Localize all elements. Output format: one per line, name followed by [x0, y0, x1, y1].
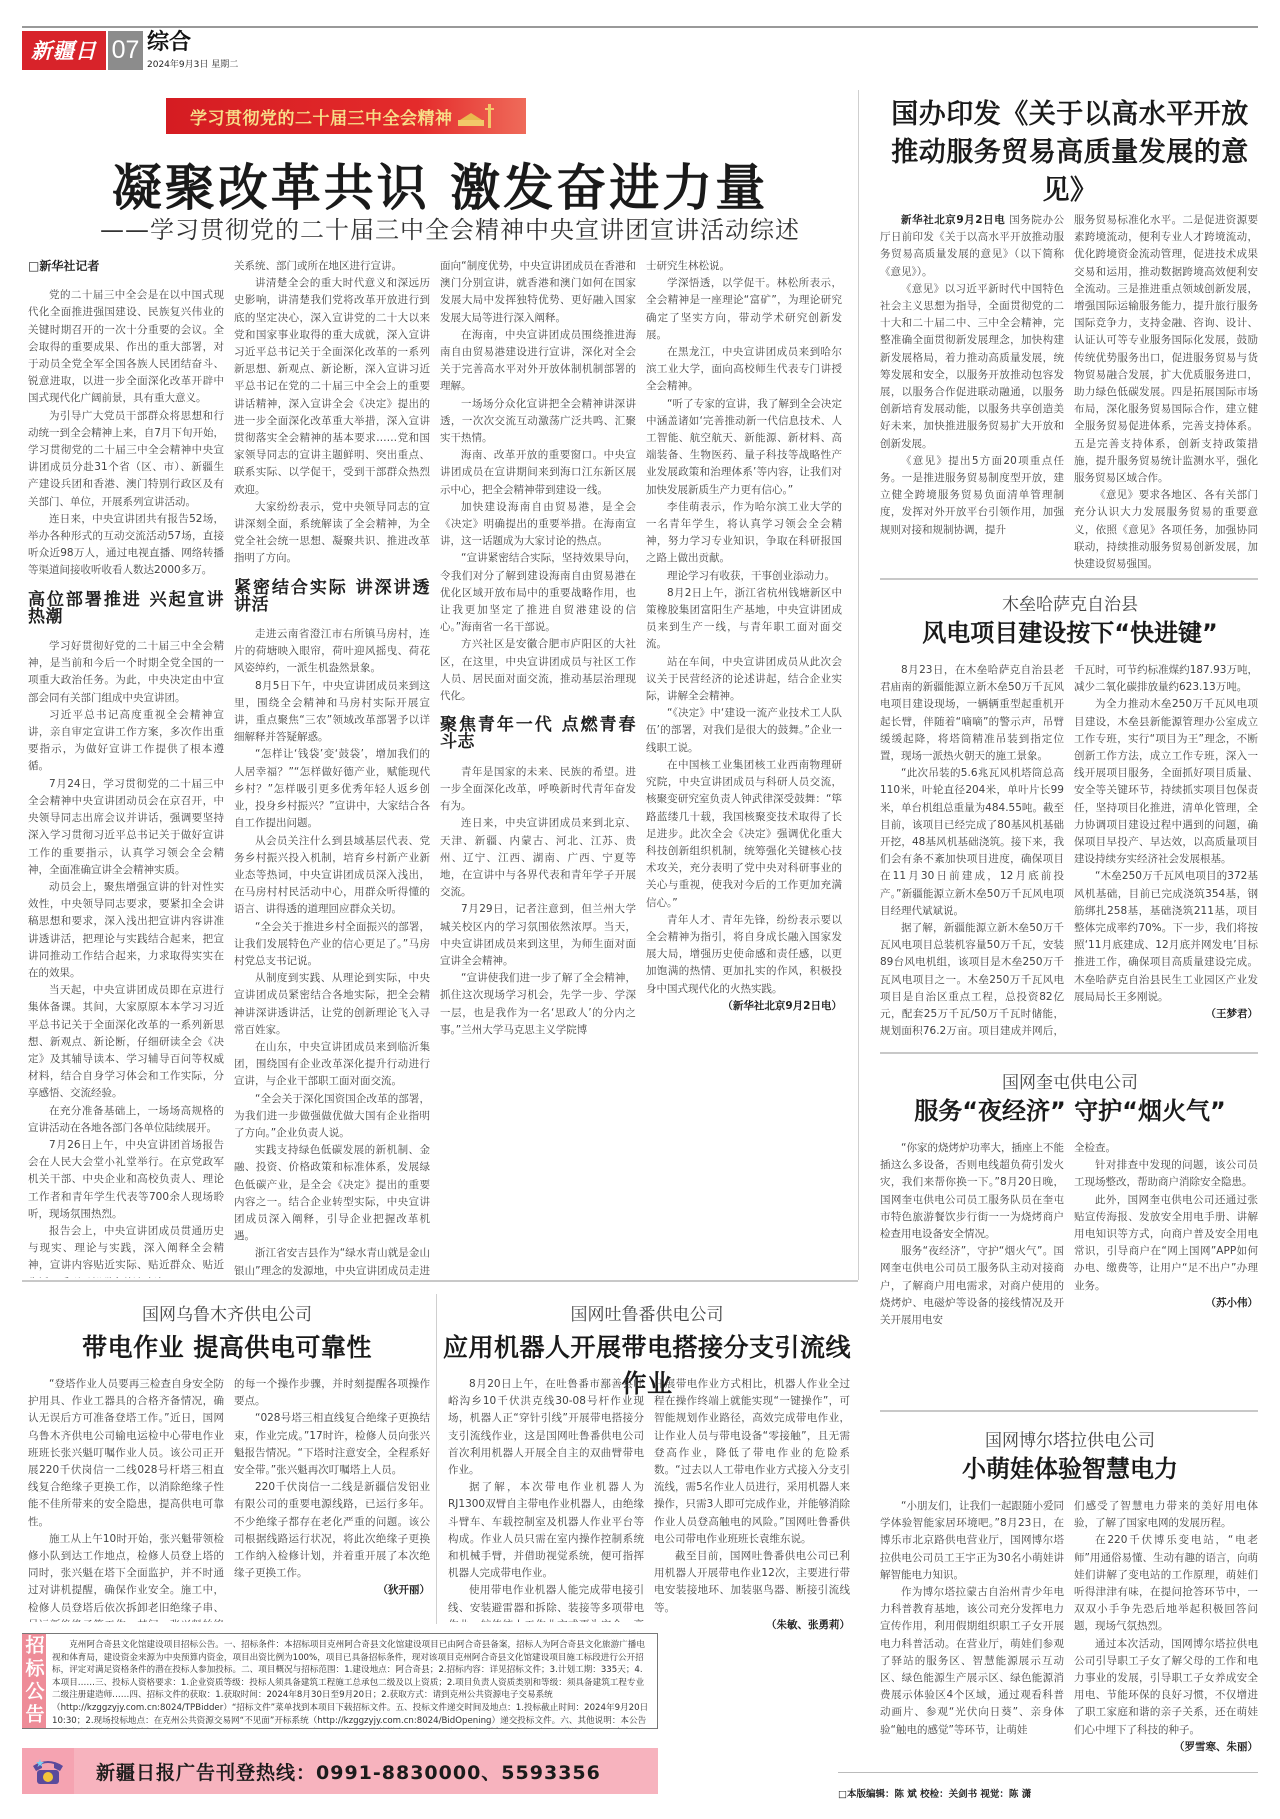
- paragraph: 方兴社区是安徽合肥市庐阳区的大社区，在这里，中央宣讲团成员与社区工作人员、居民面…: [440, 636, 636, 705]
- services-column-2: 服务贸易标准化水平。二是促进资源要素跨境流动，便利专业人才跨境流动，优化跨境资金…: [1074, 212, 1258, 572]
- paragraph: 大家纷纷表示，党中央领导同志的宣讲深刻全面，系统解读了全会精神，为全党全社会统一…: [234, 499, 430, 568]
- paragraph: 开展带电作业方式相比，机器人作业全过程在操作终端上就能实现“一键操作”，可智能规…: [654, 1376, 850, 1548]
- kicker: 木垒哈萨克自治县: [880, 594, 1260, 616]
- paragraph: 浙江省安吉县作为“绿水青山就是金山银山”理念的发源地，中央宣讲团成员走进余村，与…: [234, 1245, 430, 1278]
- paragraph: 8月5日下午，中央宣讲团成员来到这里，围绕全会精神和马房村实际开展宣讲，重点聚焦…: [234, 678, 430, 747]
- paragraph: 士研究生林松说。: [646, 258, 842, 275]
- ad-hotline-bar: 新疆日报广告刊登热线：0991-8830000、5593356: [22, 1748, 658, 1794]
- paragraph: 据了解，本次带电作业机器人为RJ1300双臂自主带电作业机器人，由绝缘斗臂车、车…: [448, 1479, 644, 1582]
- paragraph: 7月29日，记者注意到，但兰州大学城关校区内的学习氛围依然浓厚。当天，中央宣讲团…: [440, 901, 636, 970]
- paragraph: 海南、改革开放的重要窗口。中央宣讲团成员在宣讲期间来到海口江东新区展示中心，把全…: [440, 447, 636, 499]
- paragraph: 当天起，中央宣讲团成员即在京进行集体备课。其间，大家原原本本学习习近平总书记关于…: [28, 982, 224, 1102]
- paragraph: 在黑龙江，中央宣讲团成员来到哈尔滨工业大学，面向高校师生代表专门讲授全会精神。: [646, 344, 842, 396]
- paragraph: 8月23日，在木垒哈萨克自治县老君庙南的新疆能源立新木垒50万千瓦风电项目建设现…: [880, 662, 1064, 765]
- section-divider: [880, 1410, 1258, 1412]
- paragraph: “怎样让‘钱袋’变‘鼓袋’，增加我们的人居幸福？”“怎样做好德产业，赋能现代乡村…: [234, 746, 430, 832]
- paragraph: 施工从上午10时开始，张兴魁带领检修小队到达工作地点，检修人员登上塔的同时，张兴…: [28, 1531, 224, 1622]
- paragraph: 截至目前，国网吐鲁番供电公司已利用机器人开展带电作业12次，主要进行带电安装接地…: [654, 1548, 850, 1617]
- wind-column-1: 8月23日，在木垒哈萨克自治县老君庙南的新疆能源立新木垒50万千瓦风电项目建设现…: [880, 662, 1064, 1042]
- lead-column-2: 关系统、部门或所在地区进行宣讲。 讲清楚全会的重大时代意义和深远历史影响，讲清楚…: [234, 258, 430, 1278]
- paragraph: “宣讲使我们进一步了解了全会精神，抓住这次现场学习机会，先学一步、学深一层，也是…: [440, 970, 636, 1039]
- kids-column-2: 们感受了智慧电力带来的美好用电体验，了解了国家电网的发展历程。 在220千伏博乐…: [1074, 1498, 1258, 1763]
- footer-rule: [838, 1772, 1258, 1773]
- kicker: 国网奎屯供电公司: [880, 1072, 1260, 1094]
- lead-column-1: □新华社记者 党的二十届三中全会是在以中国式现代化全面推进强国建设、民族复兴伟业…: [28, 258, 224, 1278]
- editor-credits: □本版编辑：陈 斌 校检：关剑书 视觉：陈 潇: [838, 1786, 1031, 1800]
- dateline: 新华社北京9月2日电: [901, 214, 1005, 226]
- night-column-2: 全检查。 针对排查中发现的问题，该公司员工现场整改，帮助商户消除安全隐患。 此外…: [1074, 1140, 1258, 1390]
- paragraph: 连日来，中央宣讲团共有报告52场，举办各种形式的互动交流活动57场，直接听众近9…: [28, 511, 224, 580]
- paragraph: 7月26日上午，中央宣讲团首场报告会在人民大会堂小礼堂举行。在京党政军机关干部、…: [28, 1137, 224, 1223]
- paragraph: 走进云南省澄江市右所镇马房村，连片的荷塘映入眼帘，荷叶迎风摇曳、荷花风姿绰约，一…: [234, 626, 430, 678]
- paragraph: 《意见》提出5方面20项重点任务。一是推进服务贸易制度型开放，建立健全跨境服务贸…: [880, 453, 1064, 539]
- paragraph: 7月24日，学习贯彻党的二十届三中全会精神中央宣讲团动员会在京召开，中央领导同志…: [28, 776, 224, 879]
- headline: 服务“夜经济” 守护“烟火气”: [880, 1094, 1260, 1128]
- paragraph: 在中国核工业集团核工业西南物理研究院，中央宣讲团成员与科研人员交流，核聚变研究室…: [646, 757, 842, 912]
- services-column-1: 新华社北京9月2日电 国务院办公厅日前印发《关于以高水平开放推动服务贸易高质量发…: [880, 212, 1064, 572]
- paragraph: 作为博尔塔拉蒙古自治州青少年电力科普教育基地，该公司充分发挥电力宣传作用，利用假…: [880, 1584, 1064, 1739]
- lead-column-4: 士研究生林松说。 学深悟透，以学促干。林松所表示，全会精神是一座理论“富矿”，为…: [646, 258, 842, 1278]
- wind-column-2: 千瓦时，可节约标准煤约187.93万吨，减少二氧化碳排放量约623.13万吨。 …: [1074, 662, 1258, 1042]
- credit: （罗雪寒、朱丽）: [1074, 1739, 1258, 1756]
- paragraph: 报告会上，中央宣讲团成员贯通历史与现实、理论与实践，深入阐释全会精神，宣讲内容贴…: [28, 1223, 224, 1278]
- paragraph: “登塔作业人员要再三检查自身安全防护用具、作业工器具的合格齐备情况，确认无误后方…: [28, 1376, 224, 1531]
- ad-hotline-text: 新疆日报广告刊登热线：0991-8830000、5593356: [96, 1758, 601, 1785]
- turpan-kicker: 国网吐鲁番供电公司: [442, 1300, 852, 1325]
- kicker: 国网博尔塔拉供电公司: [880, 1430, 1260, 1452]
- paragraph: “木垒250万千瓦风电项目的372基风机基础，目前已完成浇筑354基，钢筋绑扎2…: [1074, 868, 1258, 1006]
- section-block: 综合 2024年9月3日 星期二: [147, 31, 238, 70]
- paragraph: 使用带电作业机器人能完成带电接引线、安装避雷器和拆除、装接等多项带电作业，较传统…: [448, 1582, 644, 1622]
- paragraph: 服务“夜经济”，守护“烟火气”。国网奎屯供电公司员工服务队主动对接商户，了解商户…: [880, 1243, 1064, 1329]
- paragraph: 一场场分众化宣讲把全会精神讲深讲透，一次次交流互动激荡广泛共鸣、汇聚实干热情。: [440, 396, 636, 448]
- paragraph: 全检查。: [1074, 1140, 1258, 1157]
- masthead: 新疆日报 07 综合 2024年9月3日 星期二: [22, 31, 238, 71]
- paragraph: 习近平总书记高度重视全会精神宣讲，亲自审定宣讲工作方案，多次作出重要指示，为做好…: [28, 707, 224, 776]
- paragraph: 关系统、部门或所在地区进行宣讲。: [234, 258, 430, 275]
- subheading: 聚焦青年一代 点燃青春斗志: [440, 717, 636, 751]
- paragraph: 为全力推动木垒250万千瓦风电项目建设，木垒县新能源管理办公室成立工作专班，实行…: [1074, 696, 1258, 868]
- top-rule: [22, 26, 1258, 28]
- paragraph: “你家的烧烤炉功率大，插座上不能插这么多设备，否则电线超负荷引发火灾，我们来帮你…: [880, 1140, 1064, 1243]
- turpan-column-1: 8月20日上午，在吐鲁番市鄯善县吐峪沟乡10千伏洪克线30-08号杆作业现场，机…: [448, 1376, 644, 1622]
- paragraph: 8月20日上午，在吐鲁番市鄯善县吐峪沟乡10千伏洪克线30-08号杆作业现场，机…: [448, 1376, 644, 1479]
- paragraph: 在充分准备基础上，一场场高规格的宣讲活动在各地各部门各单位陆续展开。: [28, 1103, 224, 1137]
- section-divider: [880, 578, 1258, 580]
- night-column-1: “你家的烧烤炉功率大，插座上不能插这么多设备，否则电线超负荷引发火灾，我们来帮你…: [880, 1140, 1064, 1390]
- paragraph: 党的二十届三中全会是在以中国式现代化全面推进强国建设、民族复兴伟业的关键时期召开…: [28, 287, 224, 407]
- credit: （新华社北京9月2日电）: [646, 998, 842, 1015]
- paragraph: 此外，国网奎屯供电公司还通过张贴宣传海报、发放安全用电手册、讲解用电知识等方式，…: [1074, 1192, 1258, 1295]
- paragraph: 理论学习有收获，干事创业添动力。: [646, 568, 842, 585]
- urumqi-column-1: “登塔作业人员要再三检查自身安全防护用具、作业工器具的合格齐备情况，确认无误后方…: [28, 1376, 224, 1622]
- headline-line: 国办印发《关于以高水平开放: [880, 96, 1260, 134]
- headline: 风电项目建设按下“快进键”: [880, 616, 1260, 650]
- paragraph: 加快建设海南自由贸易港，是全会《决定》明确提出的重要举措。在海南宣讲，这一话题成…: [440, 499, 636, 551]
- paragraph: 李佳萌表示，作为哈尔滨工业大学的一名青年学生，将认真学习领会全会精神，努力学习专…: [646, 499, 842, 568]
- paragraph: “全会关于深化国资国企改革的部署，为我们进一步做强做优做大国有企业指明了方向。”…: [234, 1091, 430, 1143]
- paragraph: 《意见》要求各地区、各有关部门充分认识大力发展服务贸易的重要意义，依照《意见》各…: [1074, 487, 1258, 572]
- paragraph: “听了专家的宣讲，我了解到全会决定中涵盖诸如‘完善推动新一代信息技术、人工智能、…: [646, 396, 842, 499]
- urumqi-column-2: 的每一个操作步骤，并时刻提醒各项操作要点。 “028号塔三相直线复合绝缘子更换结…: [234, 1376, 430, 1622]
- issue-date: 2024年9月3日 星期二: [147, 57, 238, 70]
- paragraph: 的每一个操作步骤，并时刻提醒各项操作要点。: [234, 1376, 430, 1410]
- paragraph: 《意见》以习近平新时代中国特色社会主义思想为指导，全面贯彻党的二十大和二十届二中…: [880, 281, 1064, 453]
- headline: 小萌娃体验智慧电力: [880, 1452, 1260, 1486]
- paragraph: 们感受了智慧电力带来的美好用电体验，了解了国家电网的发展历程。: [1074, 1498, 1258, 1532]
- paragraph: “宣讲紧密结合实际，坚持效果导向，令我们对分了解到建设海南自由贸易港在优化区域开…: [440, 550, 636, 636]
- paragraph: 在山东，中央宣讲团成员来到临沂集团，围绕国有企业改革深化提升行动进行宣讲，与企业…: [234, 1039, 430, 1091]
- paragraph: 8月2日上午，浙江省杭州钱塘新区中策橡胶集团富阳生产基地，中央宣讲团成员来到生产…: [646, 585, 842, 654]
- paragraph: 实践支持绿色低碳发展的新机制、金融、投资、价格政策和标准体系，发展绿色低碳产业，…: [234, 1142, 430, 1245]
- paragraph: “此次吊装的5.6兆瓦风机塔筒总高110米，叶轮直径204米，单叶片长99米，单…: [880, 765, 1064, 920]
- credit: （王梦君）: [1074, 1006, 1258, 1023]
- services-headline: 国办印发《关于以高水平开放 推动服务贸易高质量发展的意见》: [880, 96, 1260, 210]
- subheading: 高位部署推进 兴起宣讲热潮: [28, 592, 224, 626]
- topic-banner: 学习贯彻党的二十届三中全会精神: [166, 98, 526, 134]
- lead-column-3: 面向“制度优势，中央宣讲团成员在香港和澳门分别宣讲，就香港和澳门如何在国家发展大…: [440, 258, 636, 1278]
- lead-subheadline: ——学习贯彻党的二十届三中全会精神中央宣讲团宣讲活动综述: [40, 210, 860, 245]
- section-name: 综合: [147, 31, 238, 55]
- headline-line: 推动服务贸易高质量发展的意见》: [880, 134, 1260, 210]
- banner-text: 学习贯彻党的二十届三中全会精神: [190, 104, 453, 129]
- paragraph: 动员会上，聚焦增强宣讲的针对性实效性，中央领导同志要求，要紧扣全会讲稿思想和要求…: [28, 879, 224, 982]
- credit: （苏小伟）: [1074, 1295, 1258, 1312]
- section-divider: [880, 1052, 1258, 1054]
- urumqi-kicker: 国网乌鲁木齐供电公司: [22, 1300, 432, 1325]
- page-number: 07: [108, 31, 143, 70]
- paragraph: 据了解，新疆能源立新木垒50万千瓦风电项目总装机容量50万千瓦，安装89台风电机…: [880, 920, 1064, 1042]
- paragraph: 站在车间，中央宣讲团成员从此次会议关于民营经济的论述讲起，结合企业实际，讲解全会…: [646, 654, 842, 706]
- paragraph: 220千伏岗信一二线是新疆信发铝业有限公司的重要电源线路，已运行多年。不少绝缘子…: [234, 1479, 430, 1582]
- byline: □新华社记者: [28, 258, 224, 275]
- paragraph: 青年是国家的未来、民族的希望。进一步全面深化改革，呼唤新时代青年奋发有为。: [440, 764, 636, 816]
- paragraph: 在海南，中央宣讲团成员围绕推进海南自由贸易港建设进行宣讲，深化对全会关于完善高水…: [440, 327, 636, 396]
- turpan-column-2: 开展带电作业方式相比，机器人作业全过程在操作终端上就能实现“一键操作”，可智能规…: [654, 1376, 850, 1696]
- night-economy-headline: 国网奎屯供电公司 服务“夜经济” 守护“烟火气”: [880, 1072, 1260, 1128]
- notice-label: 招标公告: [22, 1634, 46, 1728]
- newspaper-logo: 新疆日报: [22, 31, 106, 70]
- paragraph: 讲清楚全会的重大时代意义和深远历史影响，讲清楚我们党将改革开放进行到底的坚定决心…: [234, 275, 430, 499]
- paragraph: “《决定》中‘建设一流产业技术工人队伍’的部署，对我们是很大的鼓舞。”企业一线职…: [646, 705, 842, 757]
- paragraph: 学习好贯彻好党的二十届三中全会精神，是当前和今后一个时期全党全国的一项重大政治任…: [28, 638, 224, 707]
- paragraph: 千瓦时，可节约标准煤约187.93万吨，减少二氧化碳排放量约623.13万吨。: [1074, 662, 1258, 696]
- paragraph: 新华社北京9月2日电 国务院办公厅日前印发《关于以高水平开放推动服务贸易高质量发…: [880, 212, 1064, 281]
- paragraph: 从会员关注什么到县域基层代表、党务乡村振兴投入机制，培育乡村新产业新业态等热词，…: [234, 833, 430, 919]
- paragraph: 从制度到实践、从理论到实际，中央宣讲团成员紧密结合各地实际，把全会精神讲深讲透讲…: [234, 970, 430, 1039]
- paragraph: 学深悟透，以学促干。林松所表示，全会精神是一座理论“富矿”，为理论研究确定了坚实…: [646, 275, 842, 344]
- subheading: 紧密结合实际 讲深讲透讲活: [234, 580, 430, 614]
- paragraph: 连日来，中央宣讲团成员来到北京、天津、新疆、内蒙古、河北、江苏、贵州、辽宁、江西…: [440, 815, 636, 901]
- paragraph: “全会关于推进乡村全面振兴的部署，让我们发展特色产业的信心更足了。”马房村党总支…: [234, 919, 430, 971]
- paragraph: 面向“制度优势，中央宣讲团成员在香港和澳门分别宣讲，就香港和澳门如何在国家发展大…: [440, 258, 636, 327]
- kids-headline: 国网博尔塔拉供电公司 小萌娃体验智慧电力: [880, 1430, 1260, 1486]
- paragraph: “小朋友们，让我们一起跟随小爱同学体验智能家居环境吧。”8月23日，在博乐市北京…: [880, 1498, 1064, 1584]
- paragraph: 服务贸易标准化水平。二是促进资源要素跨境流动，便利专业人才跨境流动，优化跨境资金…: [1074, 212, 1258, 487]
- column-divider: [436, 1294, 437, 1624]
- urumqi-headline: 带电作业 提高供电可靠性: [22, 1328, 432, 1364]
- credit: （朱敏、张勇莉）: [654, 1617, 850, 1634]
- section-divider: [22, 1280, 858, 1282]
- paragraph: 在220千伏博乐变电站，“电老师”用通俗易懂、生动有趣的语言，向萌娃们讲解了变电…: [1074, 1532, 1258, 1635]
- paragraph: “028号塔三相直线复合绝缘子更换结束，作业完成。”17时许，检修人员向张兴魁报…: [234, 1410, 430, 1479]
- credit: （狄开丽）: [234, 1582, 430, 1599]
- paragraph: 通过本次活动，国网博尔塔拉供电公司引导职工子女了解父母的工作和电力事业的发展，引…: [1074, 1636, 1258, 1739]
- paragraph: 青年人才、青年先锋，纷纷表示要以全会精神为指引，将自身成长融入国家发展大局，增强…: [646, 912, 842, 998]
- paragraph: 为引导广大党员干部群众将思想和行动统一到全会精神上来，自7月下旬开始，学习贯彻党…: [28, 408, 224, 511]
- tender-notice: 招标公告 克州阿合奇县文化馆建设项目招标公告。一、招标条件：本招标项目克州阿合奇…: [22, 1633, 658, 1729]
- kids-column-1: “小朋友们，让我们一起跟随小爱同学体验智能家居环境吧。”8月23日，在博乐市北京…: [880, 1498, 1064, 1763]
- paragraph: 针对排查中发现的问题，该公司员工现场整改，帮助商户消除安全隐患。: [1074, 1157, 1258, 1191]
- column-divider: [858, 90, 859, 1280]
- tiananmen-icon: [456, 102, 496, 130]
- telephone-icon: [22, 1748, 74, 1794]
- wind-headline: 木垒哈萨克自治县 风电项目建设按下“快进键”: [880, 594, 1260, 650]
- notice-body: 克州阿合奇县文化馆建设项目招标公告。一、招标条件：本招标项目克州阿合奇县文化馆建…: [46, 1634, 657, 1728]
